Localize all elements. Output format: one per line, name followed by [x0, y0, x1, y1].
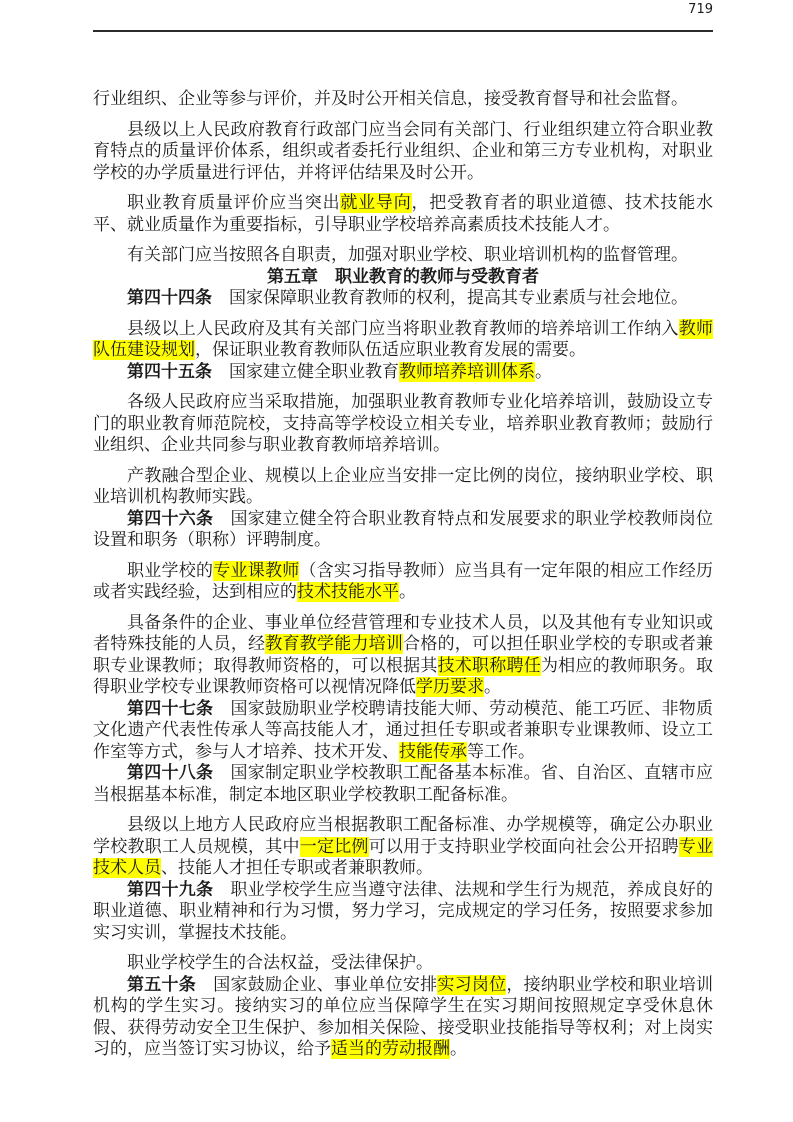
- text-run: 有关部门应当按照各自职责，加强对职业学校、职业培训机构的监督管理。: [127, 245, 688, 265]
- highlight-annotation: 教师培养培训体系: [399, 362, 535, 382]
- text-run: 行业组织、企业等参与评价，并及时公开相关信息，接受教育督导和社会监督。: [93, 89, 688, 109]
- article-paragraph: 第四十六条 国家建立健全符合职业教育特点和发展要求的职业学校教师岗位设置和职务（…: [93, 509, 713, 552]
- document-content: 行业组织、企业等参与评价，并及时公开相关信息，接受教育督导和社会监督。县级以上人…: [93, 89, 713, 1061]
- article-paragraph: 产教融合型企业、规模以上企业应当安排一定比例的岗位，接纳职业学校、职业培训机构教…: [93, 466, 713, 509]
- article-paragraph: 第五十条 国家鼓励企业、事业单位安排实习岗位，接纳职业学校和职业培训机构的学生实…: [93, 975, 713, 1061]
- highlight-annotation: 一定比例: [300, 837, 369, 857]
- text-run: 职业学校学生的合法权益，受法律保护。: [127, 953, 433, 973]
- highlight-annotation: 教育教学能力培训: [265, 634, 403, 654]
- document-page: 719 行业组织、企业等参与评价，并及时公开相关信息，接受教育督导和社会监督。县…: [0, 0, 793, 1122]
- text-run: 产教融合型企业、规模以上企业应当安排一定比例的岗位，接纳职业学校、职业培训机构教…: [93, 466, 713, 508]
- text-run: 国家鼓励企业、事业单位安排: [196, 975, 437, 995]
- article-paragraph: 行业组织、企业等参与评价，并及时公开相关信息，接受教育督导和社会监督。: [93, 89, 713, 111]
- article-number: 第四十九条: [127, 880, 213, 900]
- article-paragraph: 县级以上人民政府教育行政部门应当会同有关部门、行业组织建立符合职业教育特点的质量…: [93, 120, 713, 185]
- highlight-annotation: 实习岗位: [437, 975, 506, 995]
- article-number: 第四十四条: [127, 288, 212, 308]
- highlight-annotation: 技术职称聘任: [438, 656, 541, 676]
- highlight-annotation: 学历要求: [416, 677, 484, 697]
- header-rule: [93, 30, 713, 32]
- text-run: 、技能人才担任专职或者兼职教师。: [161, 858, 433, 878]
- text-run: 职业学校的: [127, 561, 213, 581]
- text-run: 。: [399, 582, 416, 602]
- text-run: 县级以上人民政府教育行政部门应当会同有关部门、行业组织建立符合职业教育特点的质量…: [93, 120, 713, 183]
- article-number: 第四十五条: [127, 362, 212, 382]
- article-paragraph: 各级人民政府应当采取措施，加强职业教育教师专业化培养培训，鼓励设立专门的职业教育…: [93, 392, 713, 457]
- article-number: 第五十条: [127, 975, 196, 995]
- text-run: 。: [450, 1039, 467, 1059]
- text-run: 等工作。: [467, 742, 535, 762]
- article-paragraph: 县级以上人民政府及其有关部门应当将职业教育教师的培养培训工作纳入教师队伍建设规划…: [93, 319, 713, 362]
- text-run: 。: [535, 362, 552, 382]
- article-paragraph: 第四十五条 国家建立健全职业教育教师培养培训体系。: [93, 362, 713, 384]
- text-run: 国家保障职业教育教师的权利，提高其专业素质与社会地位。: [212, 288, 688, 308]
- page-number: 719: [688, 2, 713, 17]
- text-run: 。: [484, 677, 501, 697]
- text-run: 可以用于支持职业学校面向社会公开招聘: [369, 837, 679, 857]
- article-number: 第四十八条: [127, 763, 213, 783]
- text-run: 县级以上人民政府及其有关部门应当将职业教育教师的培养培训工作纳入: [127, 319, 679, 339]
- article-paragraph: 县级以上地方人民政府应当根据教职工配备标准、办学规模等，确定公办职业学校教职工人…: [93, 815, 713, 880]
- article-paragraph: 第四十四条 国家保障职业教育教师的权利，提高其专业素质与社会地位。: [93, 288, 713, 310]
- text-run: 各级人民政府应当采取措施，加强职业教育教师专业化培养培训，鼓励设立专门的职业教育…: [93, 392, 713, 455]
- article-paragraph: 第四十九条 职业学校学生应当遵守法律、法规和学生行为规范，养成良好的职业道德、职…: [93, 880, 713, 945]
- article-number: 第四十六条: [127, 509, 213, 529]
- text-run: ，保证职业教育教师队伍适应职业教育发展的需要。: [195, 340, 586, 360]
- highlight-annotation: 技能传承: [399, 742, 467, 762]
- article-paragraph: 有关部门应当按照各自职责，加强对职业学校、职业培训机构的监督管理。: [93, 245, 713, 267]
- highlight-annotation: 专业课教师: [213, 561, 299, 581]
- article-paragraph: 第四十八条 国家制定职业学校教职工配备基本标准。省、自治区、直辖市应当根据基本标…: [93, 763, 713, 806]
- article-paragraph: 第四十七条 国家鼓励职业学校聘请技能大师、劳动模范、能工巧匠、非物质文化遗产代表…: [93, 699, 713, 764]
- article-paragraph: 职业教育质量评价应当突出就业导向，把受教育者的职业道德、技术技能水平、就业质量作…: [93, 193, 713, 236]
- highlight-annotation: 技术技能水平: [297, 582, 399, 602]
- text-run: 第五章 职业教育的教师与受教育者: [267, 267, 539, 287]
- text-run: 职业教育质量评价应当突出: [127, 193, 340, 213]
- highlight-annotation: 就业导向: [340, 193, 411, 213]
- chapter-heading: 第五章 职业教育的教师与受教育者: [93, 267, 713, 289]
- article-paragraph: 职业学校学生的合法权益，受法律保护。: [93, 953, 713, 975]
- article-paragraph: 职业学校的专业课教师（含实习指导教师）应当具有一定年限的相应工作经历或者实践经验…: [93, 561, 713, 604]
- highlight-annotation: 适当的劳动报酬: [331, 1039, 450, 1059]
- text-run: 国家建立健全职业教育: [212, 362, 399, 382]
- article-number: 第四十七条: [127, 699, 213, 719]
- article-paragraph: 具备条件的企业、事业单位经营管理和专业技术人员，以及其他有专业知识或者特殊技能的…: [93, 613, 713, 699]
